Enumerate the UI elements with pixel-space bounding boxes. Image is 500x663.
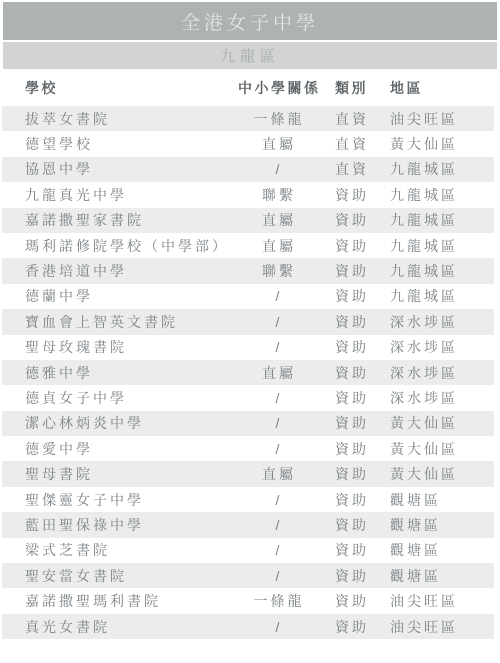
school-name: 協恩中學: [25, 159, 230, 179]
district-value: 觀塘區: [390, 566, 494, 586]
category-value: 資助: [320, 261, 390, 281]
school-name: 嘉諾撒聖瑪利書院: [25, 591, 230, 611]
district-value: 黃大仙區: [390, 134, 494, 154]
table-row: 潔心林炳炎中學 / 資助 黃大仙區: [2, 411, 494, 436]
district-value: 九龍城區: [390, 185, 494, 205]
school-name: 德愛中學: [25, 439, 230, 459]
table-row: 德愛中學 / 資助 黃大仙區: [2, 436, 494, 461]
schools-table: 學校 中小學關係 類別 地區 拔萃女書院 一條龍 直資 油尖旺區 德望學校 直屬…: [0, 69, 500, 639]
category-value: 資助: [320, 464, 390, 484]
category-value: 資助: [320, 236, 390, 256]
district-value: 油尖旺區: [390, 617, 494, 637]
category-value: 資助: [320, 210, 390, 230]
school-name: 嘉諾撒聖家書院: [25, 210, 230, 230]
district-value: 九龍城區: [390, 261, 494, 281]
relation-value: /: [230, 288, 320, 304]
category-value: 資助: [320, 566, 390, 586]
title-banner: 全港女子中學: [3, 2, 497, 40]
table-row: 聖母書院 直屬 資助 黃大仙區: [2, 461, 494, 486]
page: 全港女子中學 九龍區 學校 中小學關係 類別 地區 拔萃女書院 一條龍 直資 油…: [0, 0, 500, 663]
relation-value: /: [230, 161, 320, 177]
district-value: 九龍城區: [390, 159, 494, 179]
table-row: 香港培道中學 聯繫 資助 九龍城區: [2, 258, 494, 283]
column-header-district: 地區: [390, 78, 494, 98]
relation-value: 直屬: [230, 363, 320, 383]
school-name: 瑪利諾修院學校（中學部）: [25, 236, 230, 256]
table-row: 藍田聖保祿中學 / 資助 觀塘區: [2, 512, 494, 537]
table-row: 瑪利諾修院學校（中學部） 直屬 資助 九龍城區: [2, 233, 494, 258]
relation-value: /: [230, 339, 320, 355]
relation-value: /: [230, 492, 320, 508]
table-row: 德蘭中學 / 資助 九龍城區: [2, 284, 494, 309]
district-value: 深水埗區: [390, 312, 494, 332]
school-name: 香港培道中學: [25, 261, 230, 281]
table-row: 聖安當女書院 / 資助 觀塘區: [2, 563, 494, 588]
category-value: 資助: [320, 286, 390, 306]
school-name: 德雅中學: [25, 363, 230, 383]
relation-value: /: [230, 415, 320, 431]
district-value: 黃大仙區: [390, 464, 494, 484]
category-value: 資助: [320, 337, 390, 357]
table-row: 德貞女子中學 / 資助 深水埗區: [2, 385, 494, 410]
page-title: 全港女子中學: [181, 8, 319, 35]
table-row: 梁式芝書院 / 資助 觀塘區: [2, 538, 494, 563]
school-name: 德蘭中學: [25, 286, 230, 306]
relation-value: 一條龍: [230, 109, 320, 129]
school-name: 寶血會上智英文書院: [25, 312, 230, 332]
school-name: 拔萃女書院: [25, 109, 230, 129]
school-name: 德望學校: [25, 134, 230, 154]
school-name: 真光女書院: [25, 617, 230, 637]
school-name: 德貞女子中學: [25, 388, 230, 408]
table-body: 拔萃女書院 一條龍 直資 油尖旺區 德望學校 直屬 直資 黃大仙區 協恩中學 /…: [0, 106, 500, 639]
district-value: 深水埗區: [390, 363, 494, 383]
category-value: 資助: [320, 312, 390, 332]
relation-value: 聯繫: [230, 261, 320, 281]
district-value: 九龍城區: [390, 286, 494, 306]
school-name: 九龍真光中學: [25, 185, 230, 205]
table-row: 德雅中學 直屬 資助 深水埗區: [2, 360, 494, 385]
district-value: 黃大仙區: [390, 413, 494, 433]
school-name: 聖母書院: [25, 464, 230, 484]
district-value: 九龍城區: [390, 210, 494, 230]
district-value: 觀塘區: [390, 490, 494, 510]
school-name: 聖母玫瑰書院: [25, 337, 230, 357]
relation-value: /: [230, 441, 320, 457]
section-title: 九龍區: [220, 45, 280, 66]
table-row: 聖傑靈女子中學 / 資助 觀塘區: [2, 487, 494, 512]
relation-value: /: [230, 568, 320, 584]
column-header-relation: 中小學關係: [230, 78, 320, 98]
district-value: 深水埗區: [390, 337, 494, 357]
table-row: 九龍真光中學 聯繫 資助 九龍城區: [2, 182, 494, 207]
category-value: 資助: [320, 540, 390, 560]
category-value: 資助: [320, 439, 390, 459]
relation-value: 直屬: [230, 210, 320, 230]
category-value: 直資: [320, 159, 390, 179]
district-value: 深水埗區: [390, 388, 494, 408]
category-value: 資助: [320, 388, 390, 408]
category-value: 資助: [320, 591, 390, 611]
section-banner: 九龍區: [3, 42, 497, 69]
category-value: 資助: [320, 185, 390, 205]
school-name: 藍田聖保祿中學: [25, 515, 230, 535]
category-value: 資助: [320, 413, 390, 433]
table-row: 真光女書院 / 資助 油尖旺區: [2, 614, 494, 639]
district-value: 觀塘區: [390, 540, 494, 560]
category-value: 直資: [320, 134, 390, 154]
category-value: 資助: [320, 490, 390, 510]
table-row: 協恩中學 / 直資 九龍城區: [2, 157, 494, 182]
relation-value: 聯繫: [230, 185, 320, 205]
category-value: 資助: [320, 363, 390, 383]
relation-value: /: [230, 314, 320, 330]
table-row: 嘉諾撒聖家書院 直屬 資助 九龍城區: [2, 208, 494, 233]
school-name: 梁式芝書院: [25, 540, 230, 560]
column-header-category: 類別: [320, 78, 390, 98]
category-value: 直資: [320, 109, 390, 129]
relation-value: /: [230, 517, 320, 533]
relation-value: /: [230, 619, 320, 635]
table-header-row: 學校 中小學關係 類別 地區: [2, 69, 494, 106]
school-name: 聖傑靈女子中學: [25, 490, 230, 510]
district-value: 黃大仙區: [390, 439, 494, 459]
school-name: 潔心林炳炎中學: [25, 413, 230, 433]
relation-value: /: [230, 390, 320, 406]
relation-value: 直屬: [230, 236, 320, 256]
district-value: 九龍城區: [390, 236, 494, 256]
district-value: 油尖旺區: [390, 591, 494, 611]
category-value: 資助: [320, 617, 390, 637]
table-row: 嘉諾撒聖瑪利書院 一條龍 資助 油尖旺區: [2, 588, 494, 613]
relation-value: 直屬: [230, 464, 320, 484]
table-row: 德望學校 直屬 直資 黃大仙區: [2, 131, 494, 156]
table-row: 拔萃女書院 一條龍 直資 油尖旺區: [2, 106, 494, 131]
district-value: 觀塘區: [390, 515, 494, 535]
category-value: 資助: [320, 515, 390, 535]
table-row: 寶血會上智英文書院 / 資助 深水埗區: [2, 309, 494, 334]
relation-value: 直屬: [230, 134, 320, 154]
relation-value: 一條龍: [230, 591, 320, 611]
district-value: 油尖旺區: [390, 109, 494, 129]
column-header-school: 學校: [25, 78, 230, 98]
school-name: 聖安當女書院: [25, 566, 230, 586]
table-row: 聖母玫瑰書院 / 資助 深水埗區: [2, 335, 494, 360]
relation-value: /: [230, 542, 320, 558]
